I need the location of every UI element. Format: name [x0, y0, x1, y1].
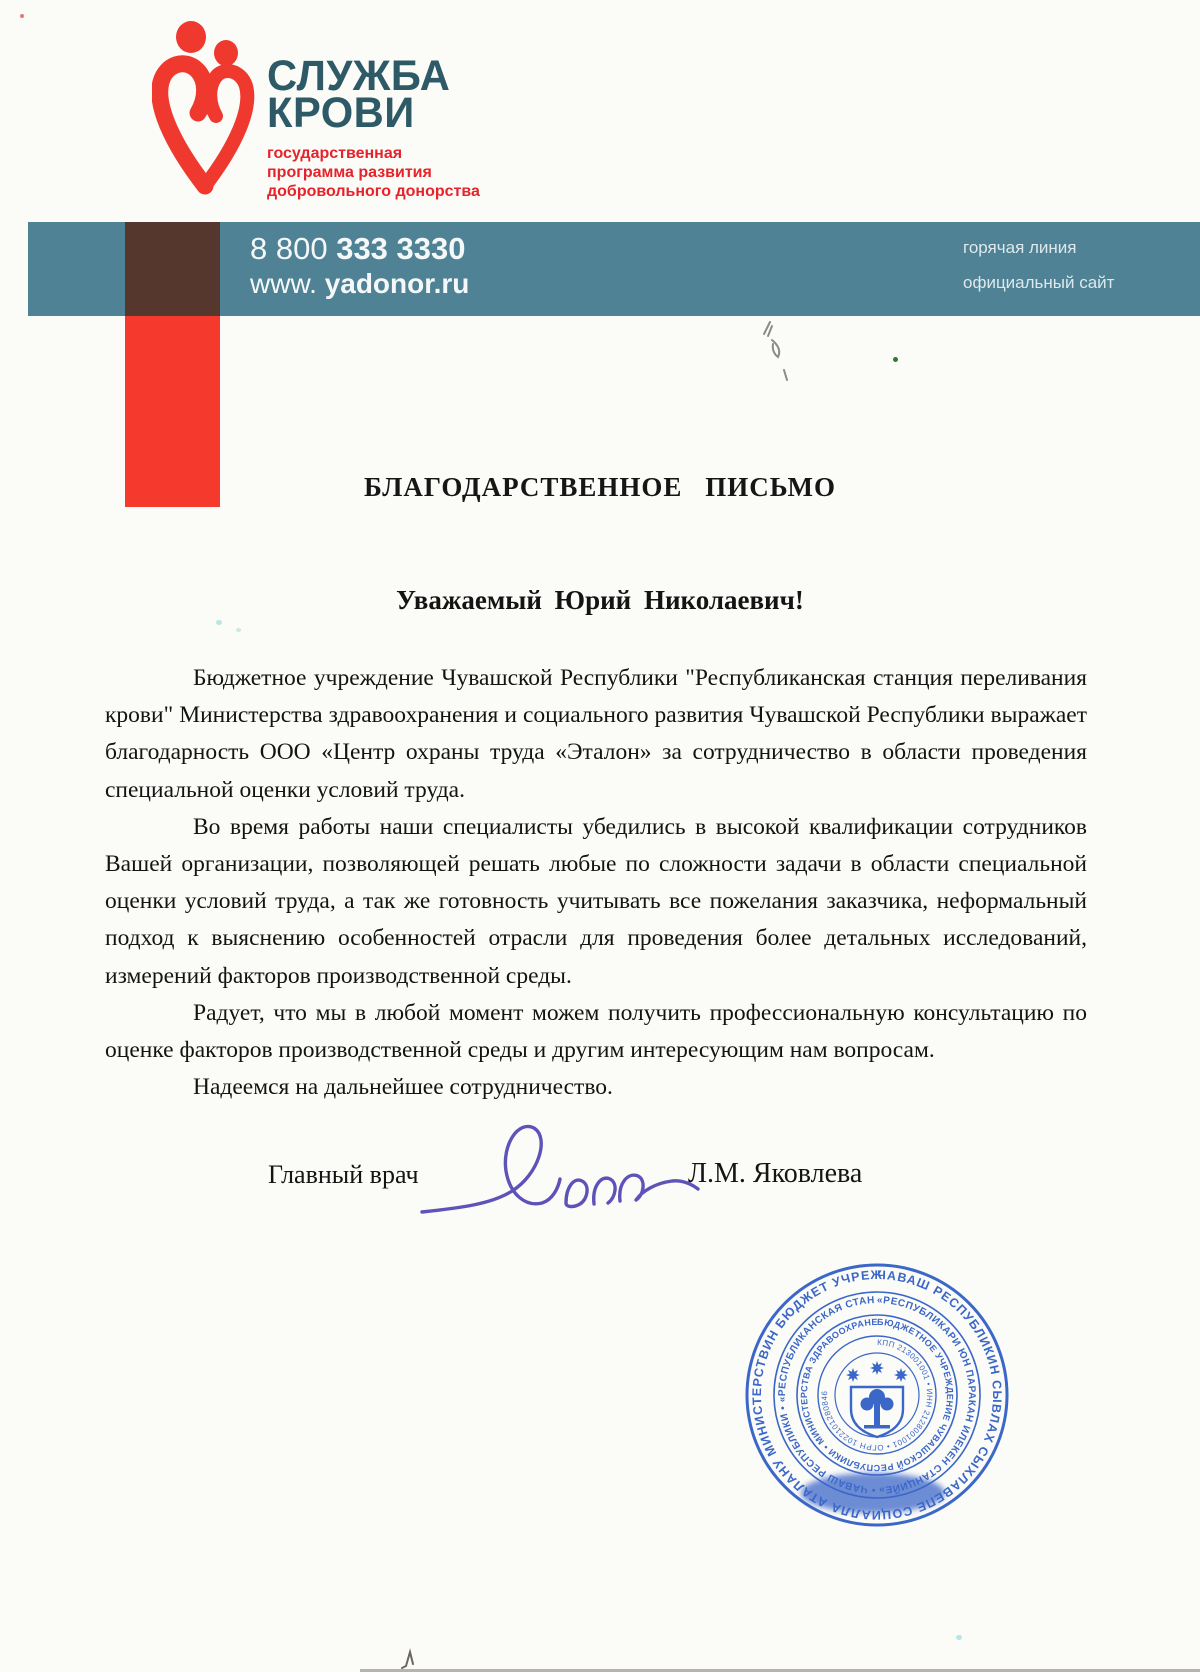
- letter-paragraph-1: Бюджетное учреждение Чувашской Республик…: [105, 660, 1087, 809]
- url-prefix: www.: [250, 268, 325, 299]
- scan-speck-green: [893, 357, 898, 362]
- scanned-letter-page: СЛУЖБА КРОВИ государственная программа р…: [0, 0, 1200, 1672]
- signer-name: Л.М. Яковлева: [688, 1158, 862, 1190]
- official-site-label: официальный сайт: [963, 273, 1114, 293]
- scan-speck-red: [20, 14, 24, 18]
- stamp-emblem: [843, 1358, 911, 1437]
- blood-service-logo-text: СЛУЖБА КРОВИ государственная программа р…: [267, 58, 480, 201]
- official-stamp: ЧАВАШ РЕСПУБЛИКИН СЫВЛАХ СЫХЛАВЕПЕ СОЦИА…: [732, 1250, 1022, 1540]
- scan-speck-cyan-1: [216, 620, 222, 625]
- site-url: www. yadonor.ru: [250, 267, 469, 301]
- letter-body: Бюджетное учреждение Чувашской Республик…: [105, 660, 1087, 1106]
- logo-title: СЛУЖБА КРОВИ: [267, 58, 473, 132]
- logo-subtitle-line1: государственная: [267, 144, 480, 163]
- phone-number: 333 3330: [336, 231, 465, 266]
- stamp-ink-smudge: [801, 1473, 945, 1513]
- blood-service-heart-icon: [152, 20, 264, 200]
- hotline-phone: 8 800 333 3330: [250, 231, 469, 267]
- signer-role: Главный врач: [268, 1160, 419, 1190]
- letter-paragraph-4: Надеемся на дальнейшее сотрудничество.: [105, 1069, 1087, 1106]
- banner-contacts: 8 800 333 3330 www. yadonor.ru: [250, 231, 469, 301]
- letter-paragraph-3: Радует, что мы в любой момент можем полу…: [105, 995, 1087, 1069]
- banner-dark-block: [125, 222, 220, 316]
- url-domain: yadonor.ru: [325, 268, 470, 299]
- logo-subtitle: государственная программа развития добро…: [267, 144, 480, 201]
- logo-subtitle-line2: программа развития: [267, 163, 480, 182]
- scan-speck-cyan-2: [236, 628, 241, 632]
- contact-banner: 8 800 333 3330 www. yadonor.ru горячая л…: [28, 222, 1200, 316]
- phone-prefix: 8 800: [250, 231, 336, 266]
- logo-title-line2: КРОВИ: [267, 95, 473, 132]
- letter-salutation: Уважаемый Юрий Николаевич!: [0, 585, 1200, 616]
- banner-labels: горячая линия официальный сайт: [963, 238, 1114, 293]
- letter-paragraph-2: Во время работы наши специалисты убедили…: [105, 809, 1087, 995]
- letter-title: БЛАГОДАРСТВЕННОЕ ПИСЬМО: [0, 472, 1200, 503]
- pencil-scribble-artifact: [748, 318, 800, 384]
- scan-speck-cyan-3: [956, 1635, 962, 1640]
- hotline-label: горячая линия: [963, 238, 1114, 258]
- handwritten-signature: [418, 1118, 708, 1238]
- logo-subtitle-line3: добровольного донорства: [267, 182, 480, 201]
